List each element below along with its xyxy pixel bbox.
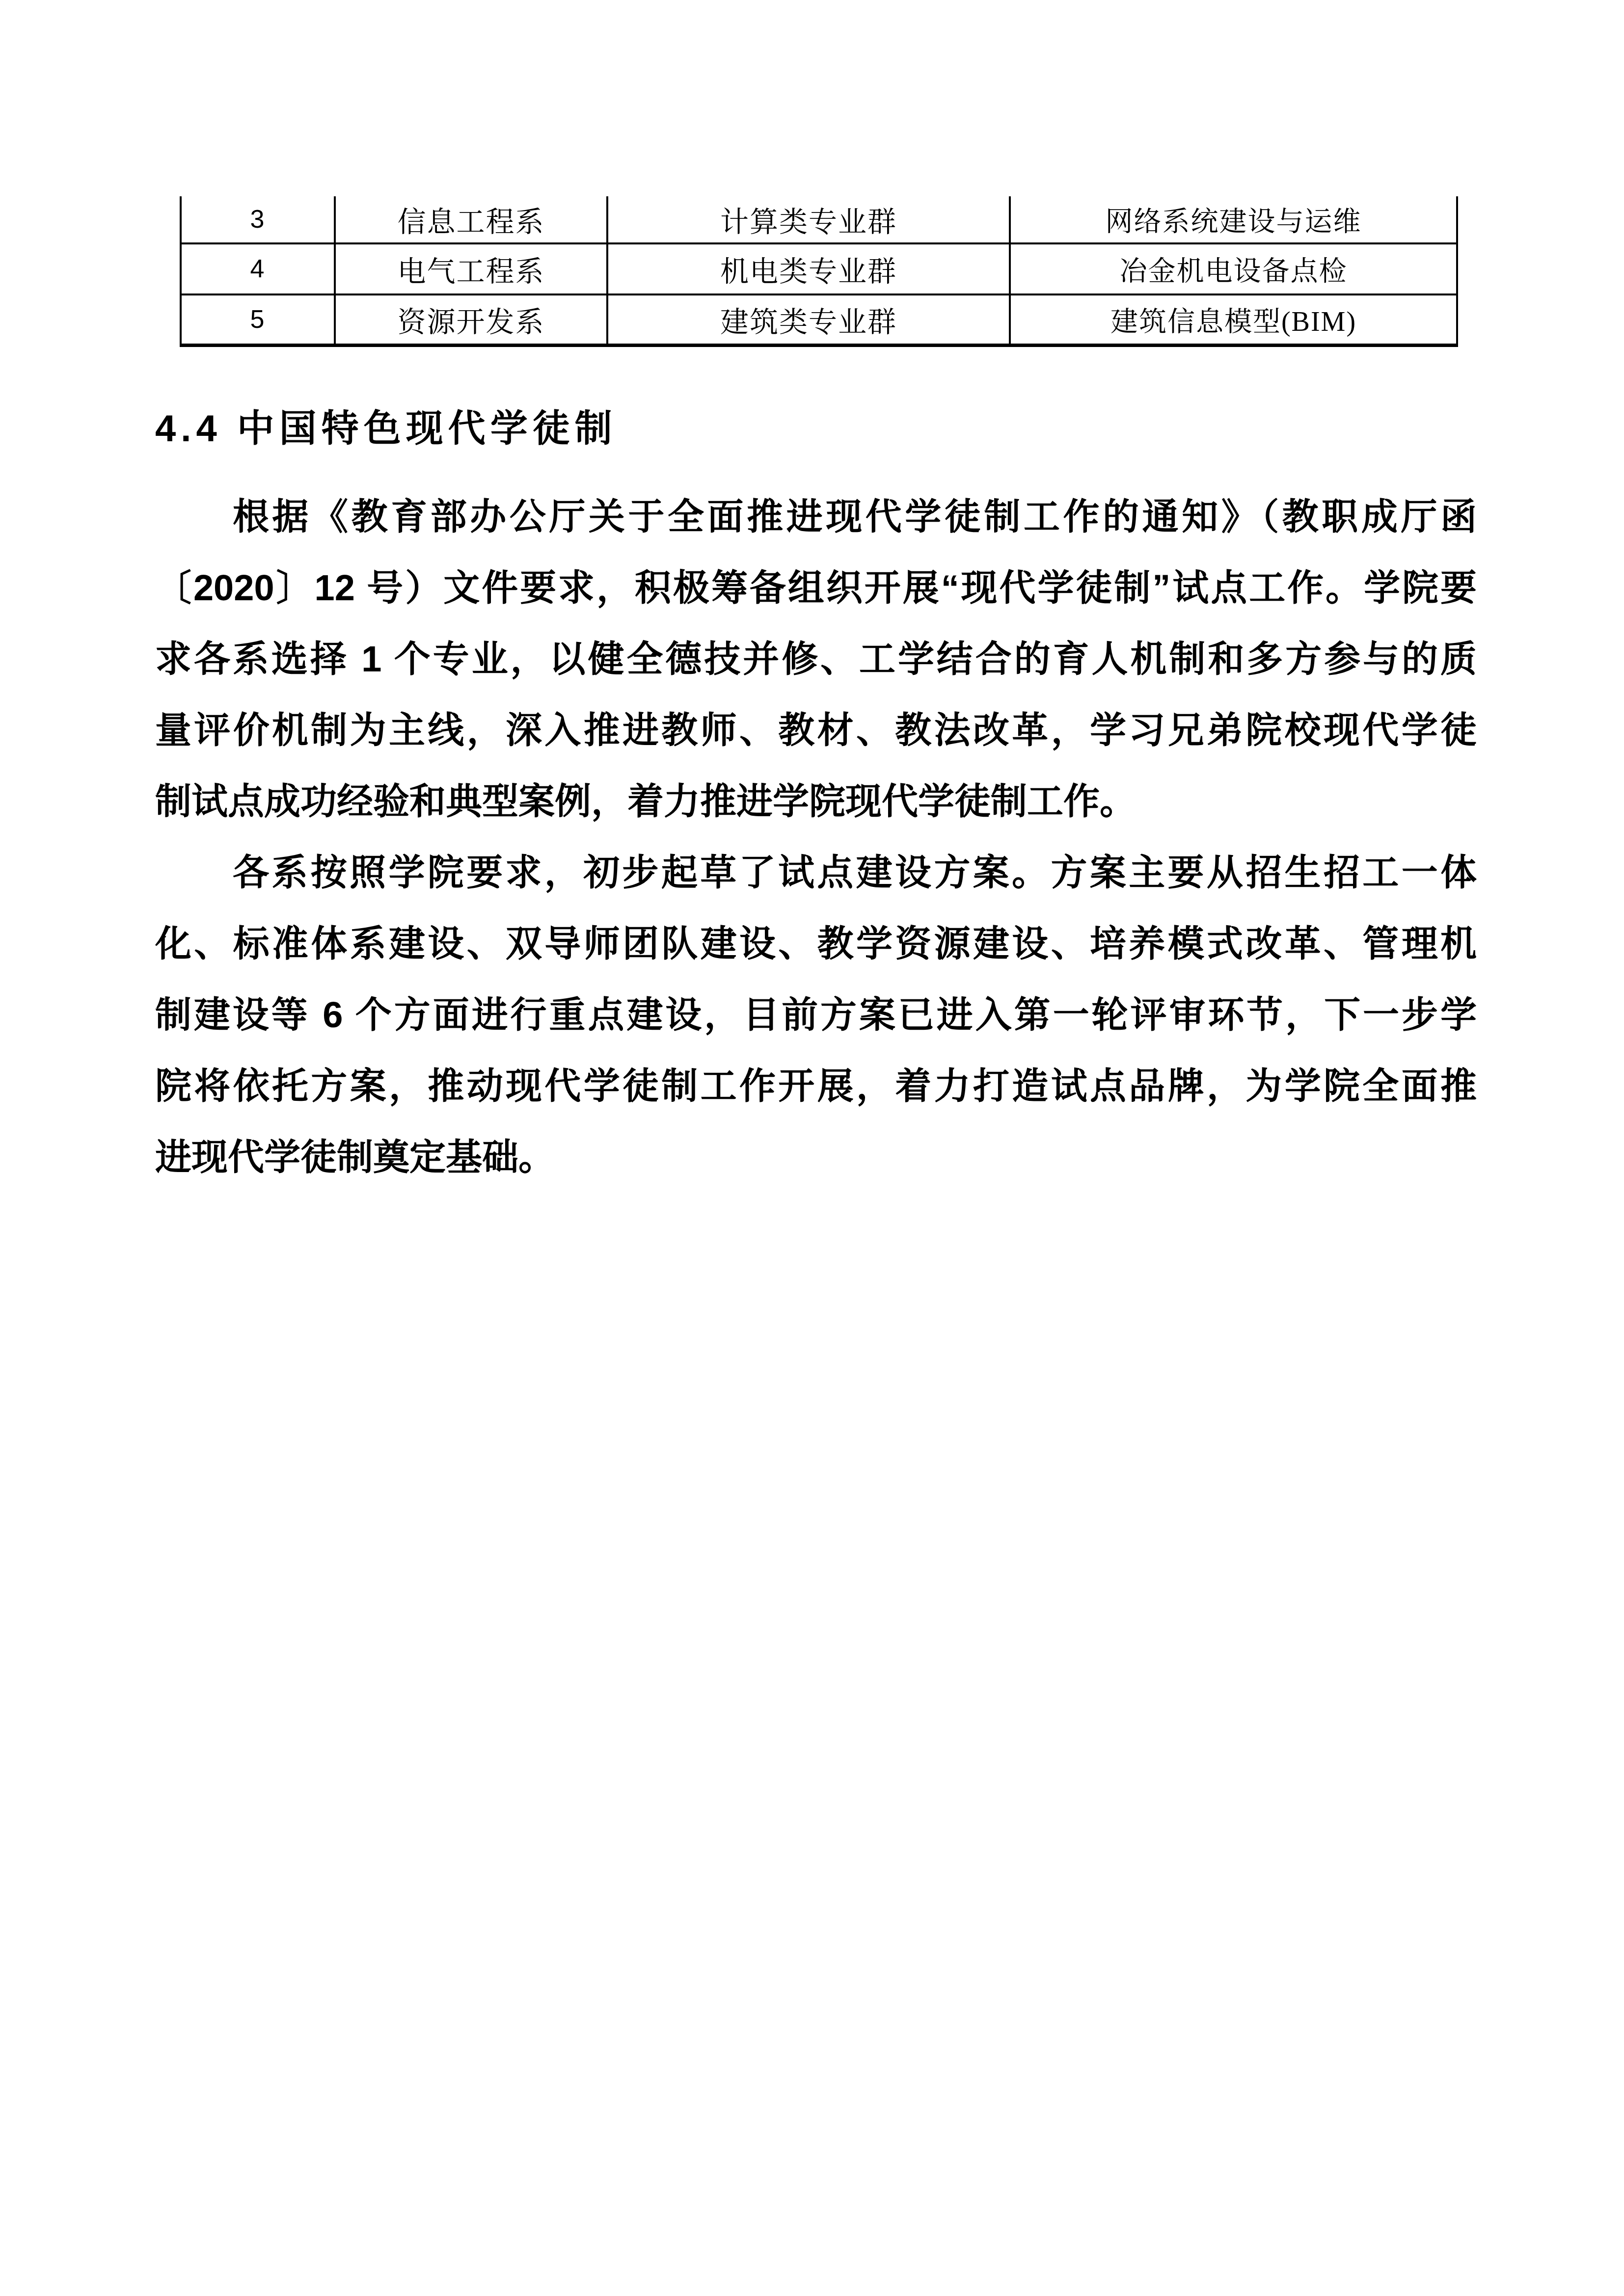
paragraph-line: 进现代学徒制奠定基础。: [155, 1121, 1477, 1193]
cell-major-group: 计算类专业群: [607, 196, 1010, 243]
paragraph-line: 化、标准体系建设、双导师团队建设、教学资源建设、培养模式改革、管理机: [155, 908, 1477, 979]
cell-department: 信息工程系: [335, 196, 607, 243]
table-row: 5 资源开发系 建筑类专业群 建筑信息模型(BIM): [181, 294, 1457, 346]
paragraph-line: 制试点成功经验和典型案例，着力推进学院现代学徒制工作。: [155, 766, 1477, 837]
cell-major: 建筑信息模型(BIM): [1010, 294, 1457, 346]
paragraph-line: 根据《教育部办公厅关于全面推进现代学徒制工作的通知》（教职成厅函: [155, 481, 1477, 552]
table-row: 3 信息工程系 计算类专业群 网络系统建设与运维: [181, 196, 1457, 243]
cell-row-number: 4: [181, 243, 335, 294]
paragraph-line: 量评价机制为主线，深入推进教师、教材、教法改革，学习兄弟院校现代学徒: [155, 694, 1477, 766]
paragraph-line: 各系按照学院要求，初步起草了试点建设方案。方案主要从招生招工一体: [155, 837, 1477, 908]
document-page: 3 信息工程系 计算类专业群 网络系统建设与运维 4 电气工程系 机电类专业群 …: [0, 0, 1624, 2296]
paragraph-line: 求各系选择 1 个专业，以健全德技并修、工学结合的育人机制和多方参与的质: [155, 623, 1477, 694]
paragraph-line: 〔2020〕12 号）文件要求，积极筹备组织开展“现代学徒制”试点工作。学院要: [155, 552, 1477, 623]
cell-major-group: 建筑类专业群: [607, 294, 1010, 346]
cell-row-number: 3: [181, 196, 335, 243]
cell-major-group: 机电类专业群: [607, 243, 1010, 294]
cell-major: 网络系统建设与运维: [1010, 196, 1457, 243]
table-row: 4 电气工程系 机电类专业群 冶金机电设备点检: [181, 243, 1457, 294]
section-heading: 4.4 中国特色现代学徒制: [155, 399, 617, 452]
cell-major: 冶金机电设备点检: [1010, 243, 1457, 294]
apprenticeship-majors-table: 3 信息工程系 计算类专业群 网络系统建设与运维 4 电气工程系 机电类专业群 …: [180, 196, 1458, 347]
cell-department: 资源开发系: [335, 294, 607, 346]
cell-row-number: 5: [181, 294, 335, 346]
cell-department: 电气工程系: [335, 243, 607, 294]
paragraph-line: 制建设等 6 个方面进行重点建设，目前方案已进入第一轮评审环节，下一步学: [155, 979, 1477, 1050]
paragraph-line: 院将依托方案，推动现代学徒制工作开展，着力打造试点品牌，为学院全面推: [155, 1050, 1477, 1121]
section-body: 根据《教育部办公厅关于全面推进现代学徒制工作的通知》（教职成厅函 〔2020〕1…: [155, 481, 1477, 1193]
